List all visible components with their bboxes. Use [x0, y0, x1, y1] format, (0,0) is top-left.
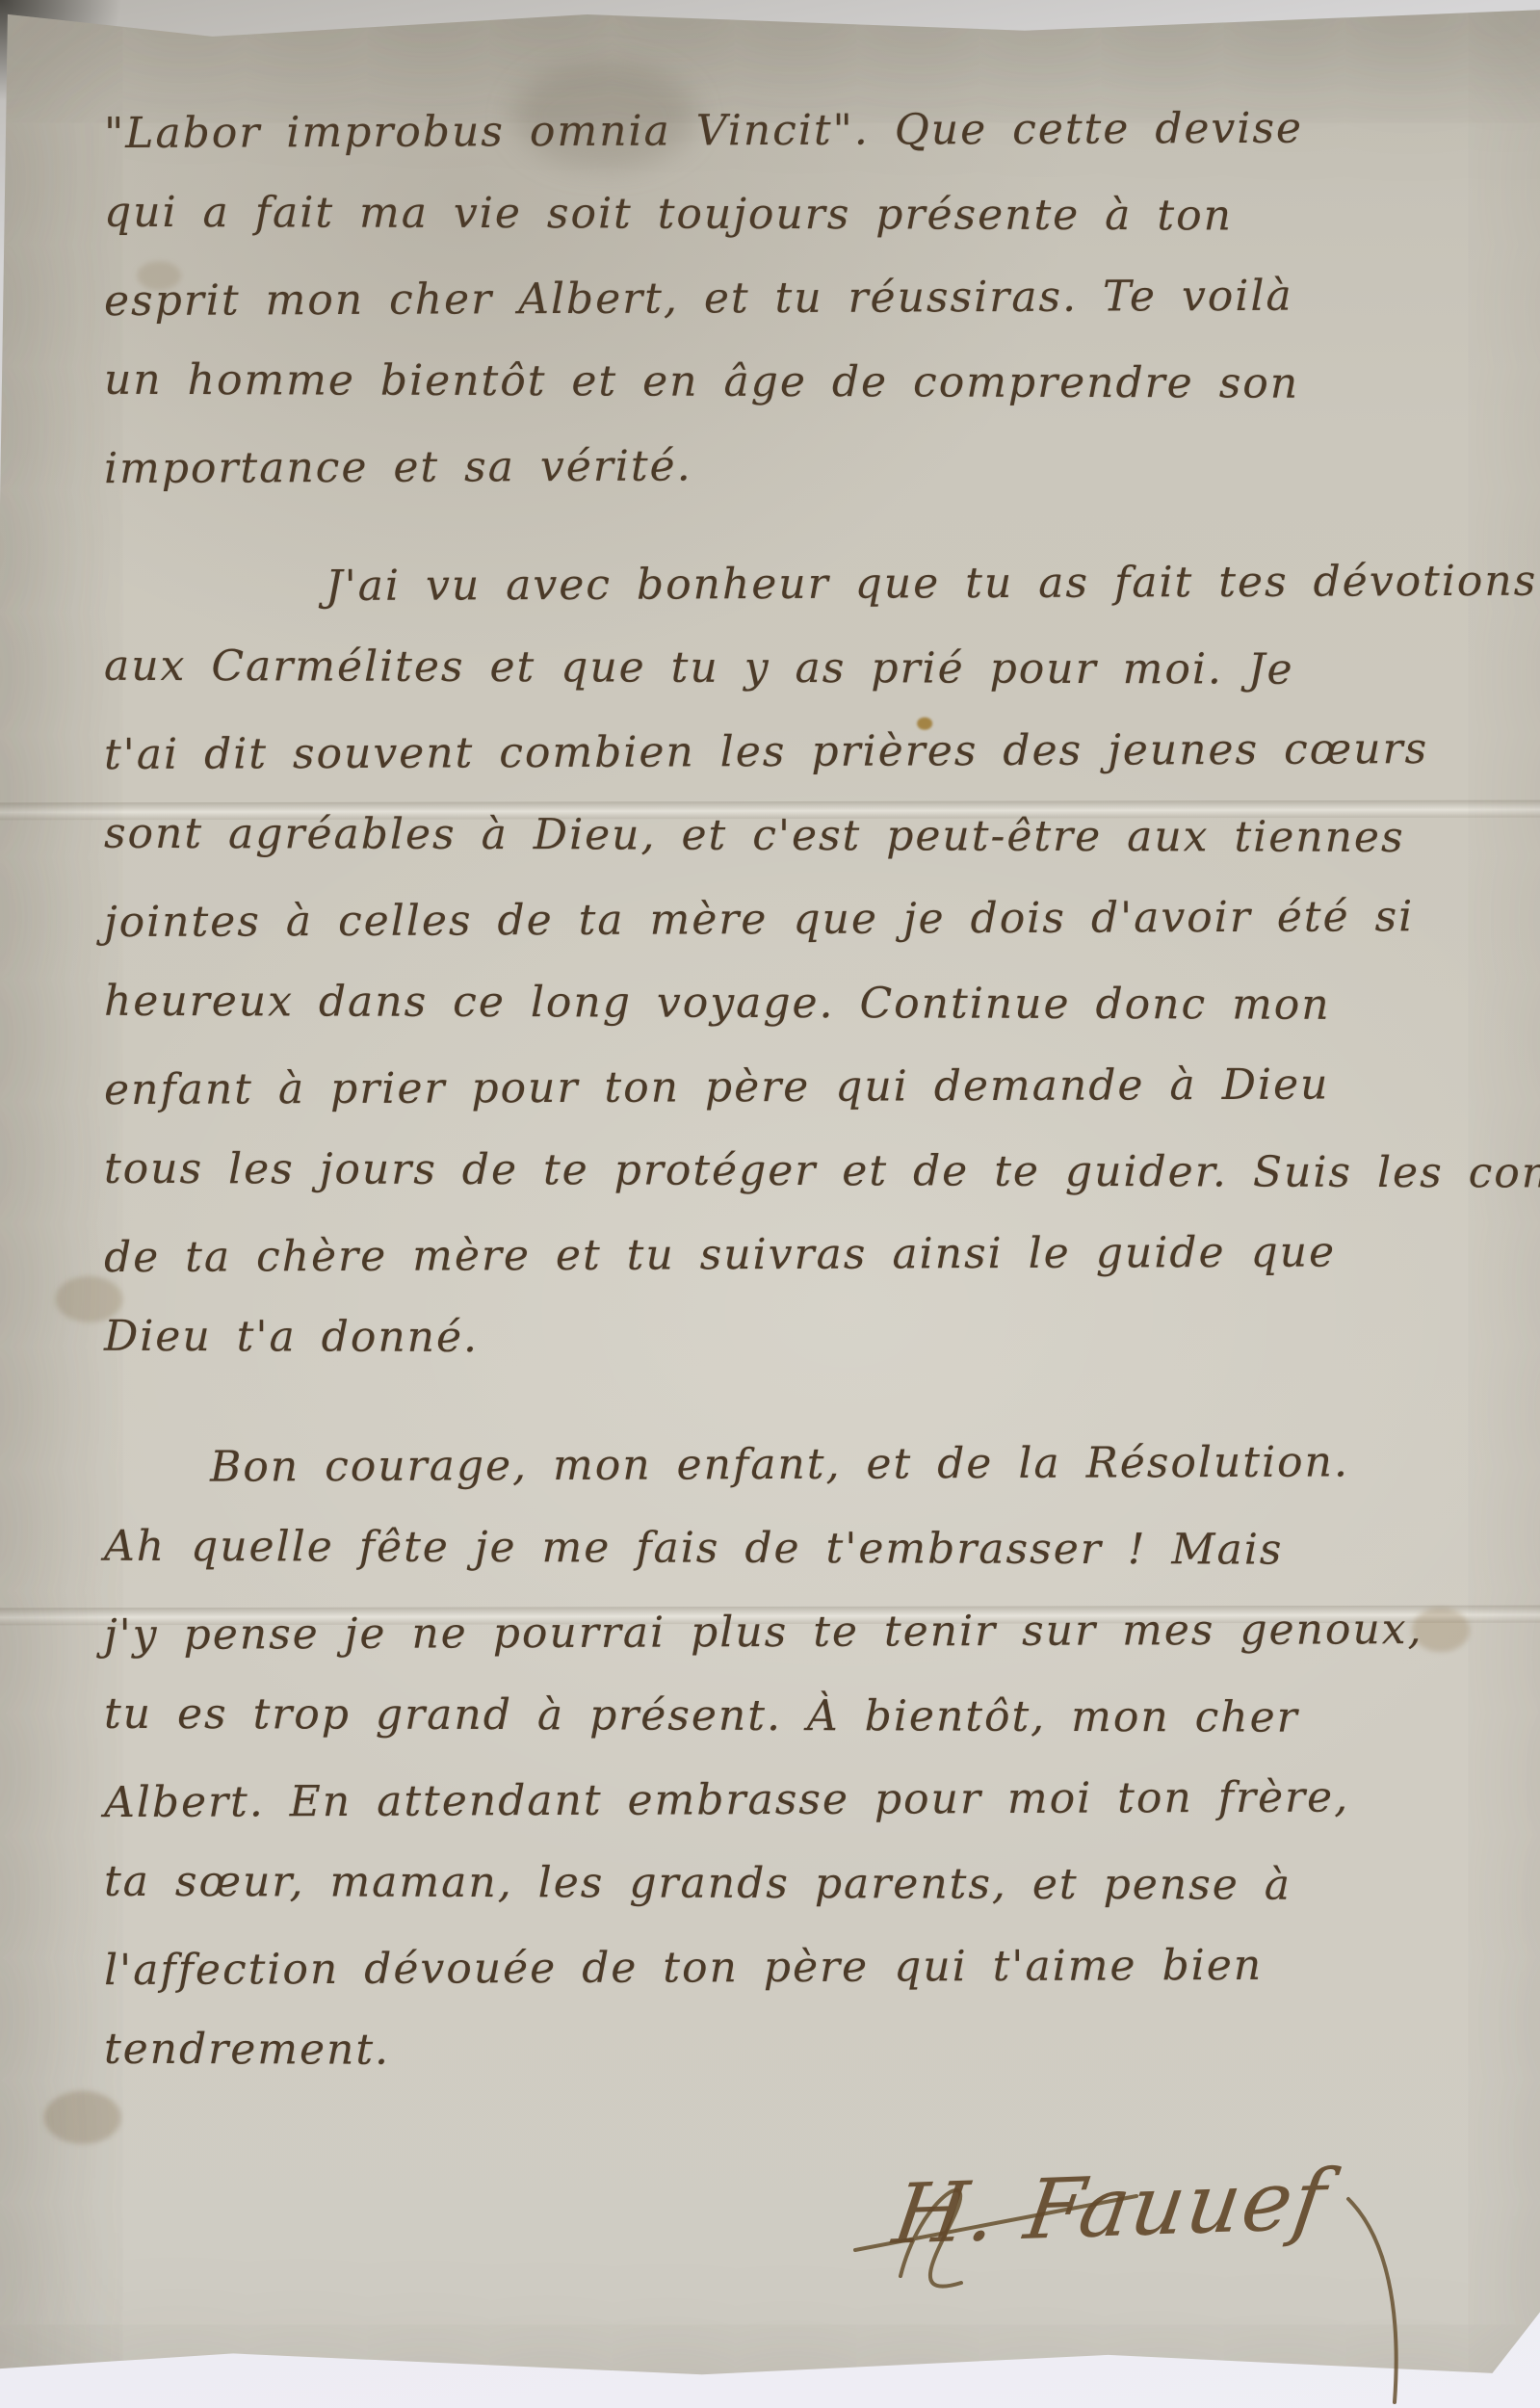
letter-line: "Labor improbus omnia Vincit". Que cette…: [104, 86, 1462, 175]
letter-line: qui a fait ma vie soit toujours présente…: [104, 170, 1462, 258]
letter-line: J'ai vu avec bonheur que tu as fait tes …: [104, 539, 1462, 629]
letter-line: tendrement.: [104, 2007, 1462, 2095]
letter-line: un homme bientôt et en âge de comprendre…: [104, 338, 1462, 426]
paragraph: Bon courage, mon enfant, et de la Résolu…: [104, 1423, 1462, 2093]
letter-line: de ta chère mère et tu suivras ainsi le …: [104, 1210, 1462, 1299]
letter-line: Dieu t'a donné.: [104, 1295, 1462, 1382]
letter-line: jointes à celles de ta mère que je dois …: [104, 875, 1462, 964]
letter-line: Bon courage, mon enfant, et de la Résolu…: [104, 1420, 1462, 1509]
letter-lines: "Labor improbus omnia Vincit". Que cette…: [104, 89, 1462, 2093]
letter-line: tous les jours de te protéger et de te g…: [104, 1127, 1462, 1215]
letter-line: l'affection dévouée de ton père qui t'ai…: [104, 1923, 1462, 2012]
letter-line: Ah quelle fête je me fais de t'embrasser…: [104, 1505, 1462, 1592]
letter-line: enfant à prier pour ton père qui demande…: [104, 1042, 1462, 1132]
paragraph: J'ai vu avec bonheur que tu as fait tes …: [104, 542, 1462, 1380]
letter-line: esprit mon cher Albert, et tu réussiras.…: [104, 253, 1462, 343]
letter-line: ta sœur, maman, les grands parents, et p…: [104, 1840, 1462, 1927]
signature: H. Fauuef: [888, 2152, 1334, 2264]
letter-line: sont agréables à Dieu, et c'est peut-êtr…: [104, 792, 1462, 879]
paragraph: "Labor improbus omnia Vincit". Que cette…: [104, 89, 1462, 508]
letter-line: j'y pense je ne pourrai plus te tenir su…: [104, 1587, 1462, 1677]
letter-line: Albert. En attendant embrasse pour moi t…: [104, 1755, 1462, 1845]
letter-line: heureux dans ce long voyage. Continue do…: [104, 959, 1462, 1047]
letter-line: importance et sa vérité.: [104, 421, 1462, 510]
letter-photo: "Labor improbus omnia Vincit". Que cette…: [0, 0, 1540, 2408]
letter-line: t'ai dit souvent combien les prières des…: [104, 707, 1462, 797]
letter-line: tu es trop grand à présent. À bientôt, m…: [104, 1672, 1462, 1760]
letter-line: aux Carmélites et que tu y as prié pour …: [104, 624, 1462, 712]
